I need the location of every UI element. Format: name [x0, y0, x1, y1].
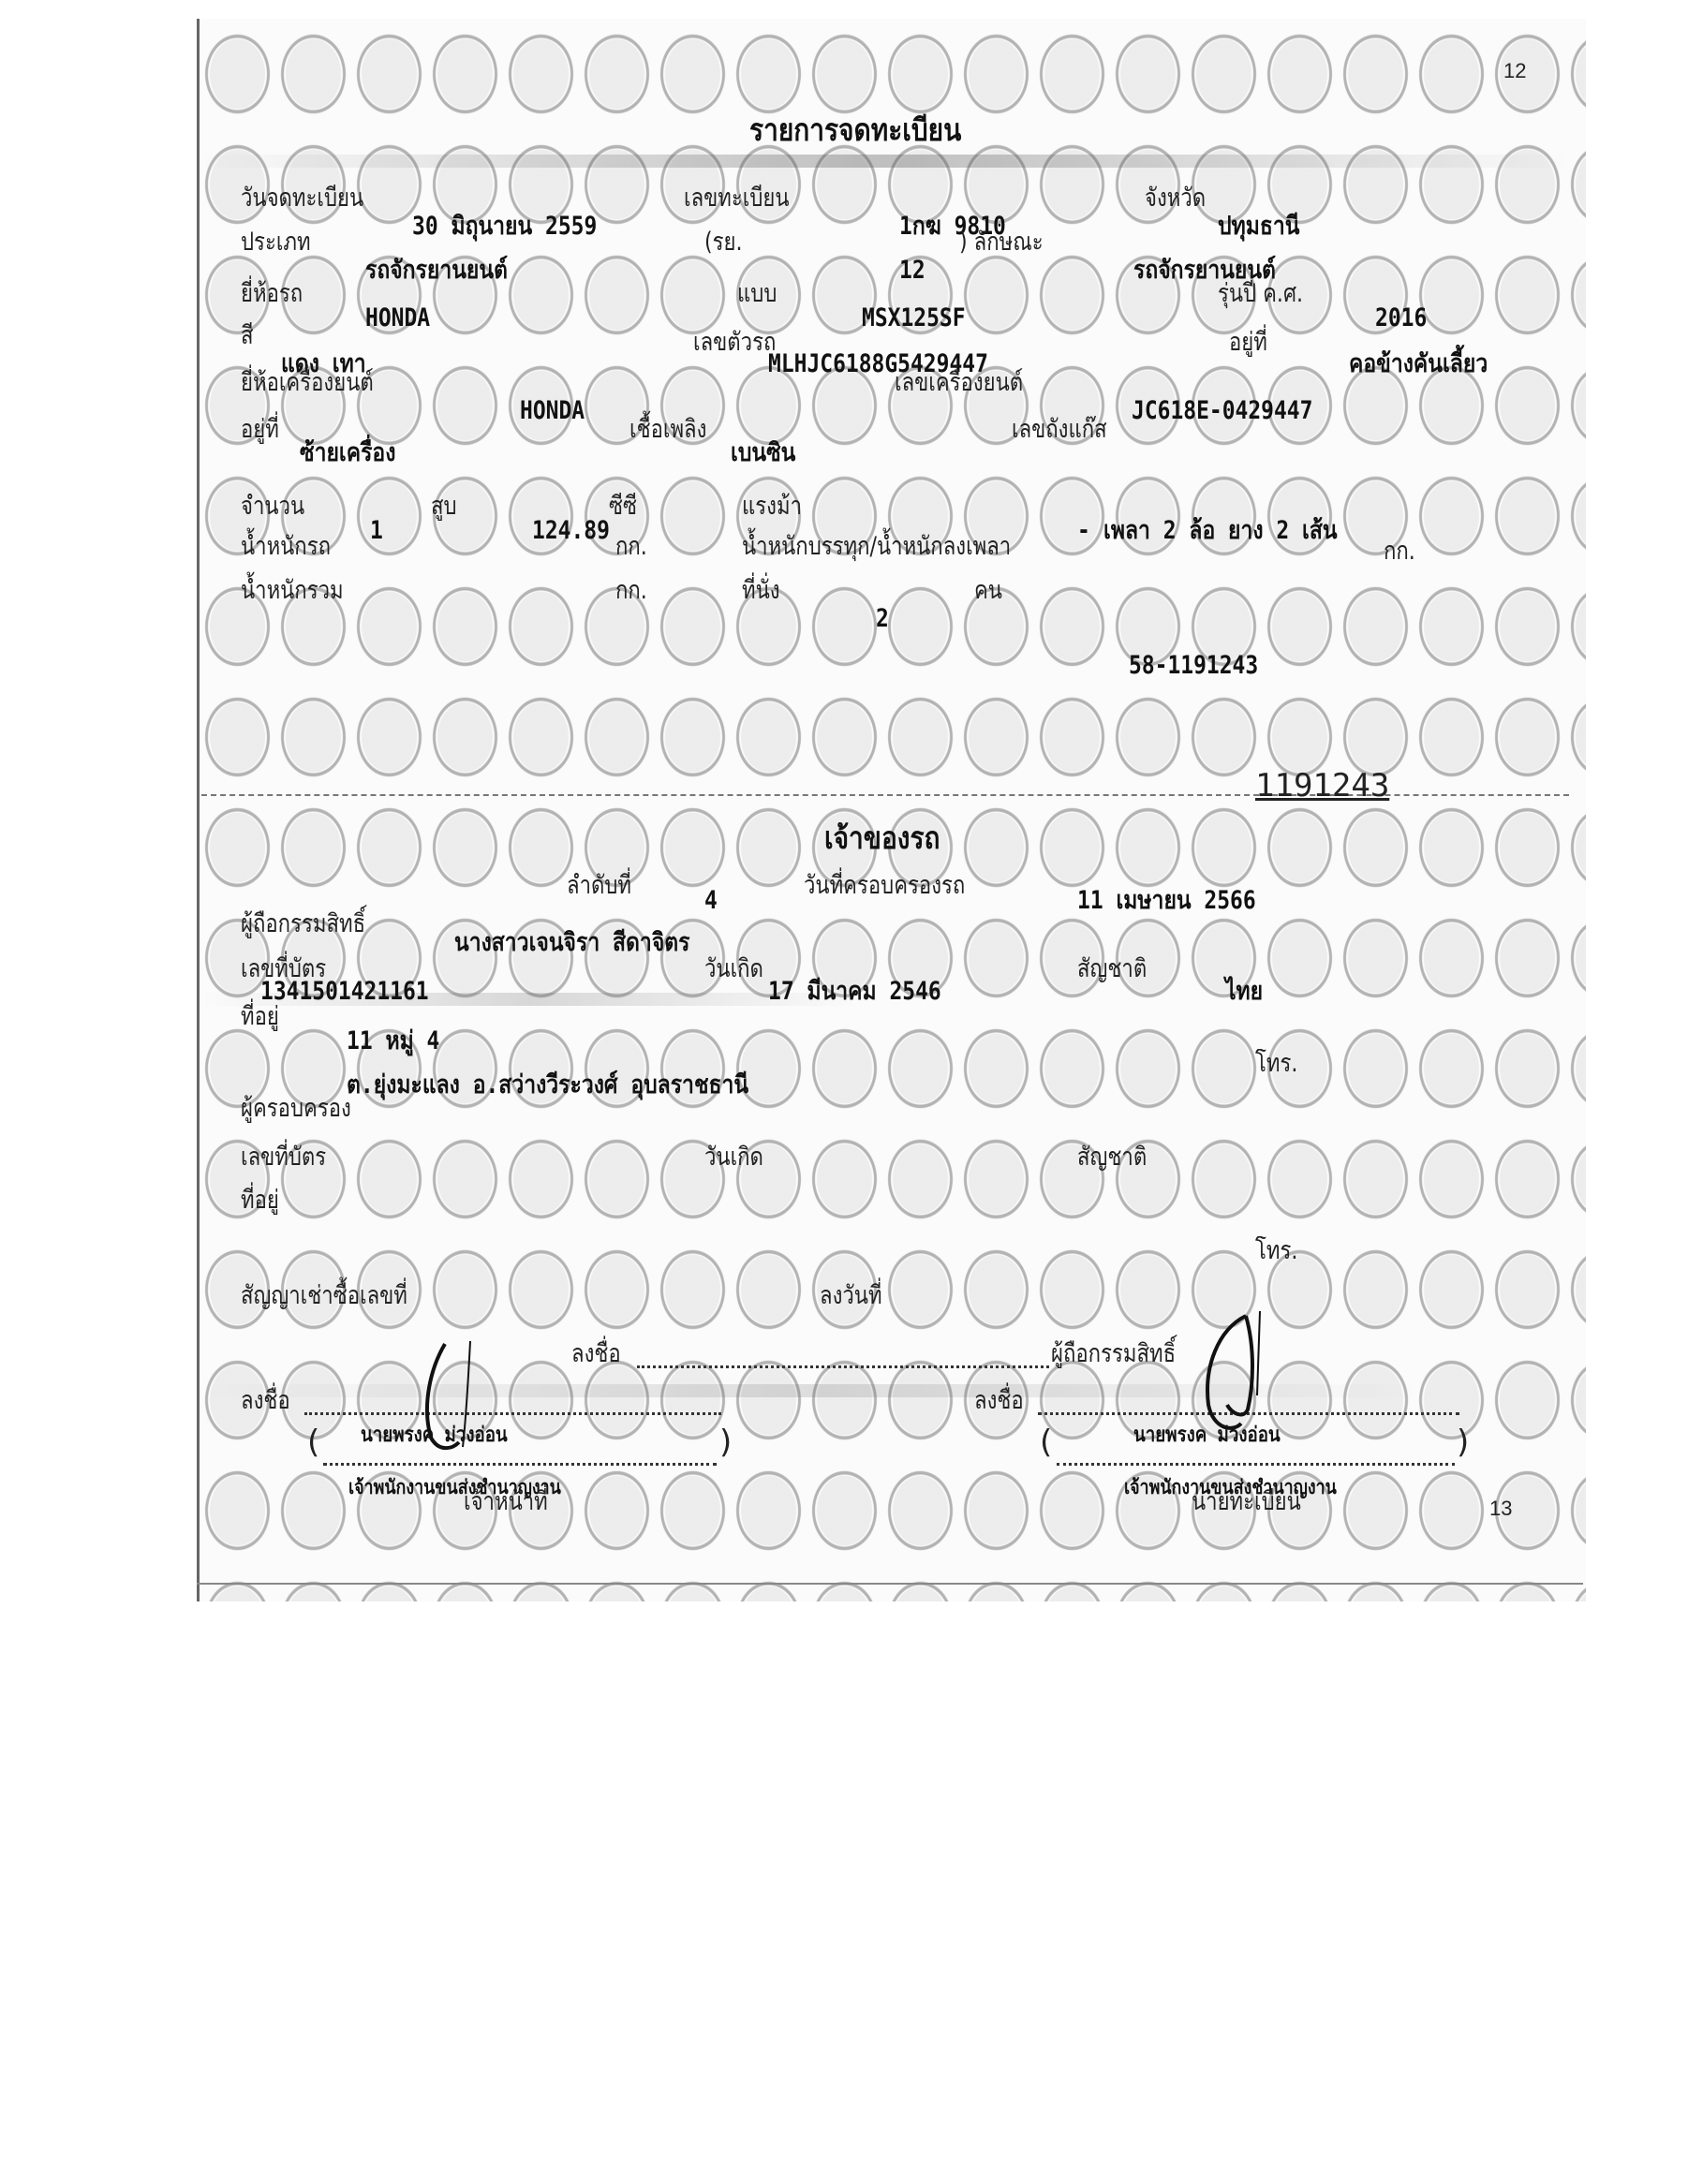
vehicle-weight-label: น้ำหนักรถ — [241, 534, 331, 559]
plate-number-label: เลขทะเบียน — [684, 185, 789, 211]
fuel-value: เบนซิน — [731, 440, 795, 465]
registrar-role: นายทะเบียน — [1192, 1489, 1301, 1514]
registrar-paren-open: ( — [1040, 1424, 1052, 1461]
officer-name-line — [323, 1463, 717, 1466]
brand-label: ยี่ห้อรถ — [241, 281, 303, 306]
total-weight-unit: กก. — [615, 578, 647, 603]
type-value: รถจักรยานยนต์ — [365, 258, 508, 283]
officer-signature — [393, 1339, 496, 1461]
cylinders-unit: สูบ — [431, 494, 457, 519]
cc-unit: ซีซี — [609, 494, 637, 519]
gas-tank-label: เลขถังแก๊ส — [1012, 417, 1107, 442]
engine-number-label: เลขเครื่องยนต์ — [895, 370, 1023, 395]
registrar-name-line — [1057, 1463, 1455, 1466]
engine-brand-label: ยี่ห้อเครื่องยนต์ — [241, 370, 374, 395]
load-weight-label: น้ำหนักบรรทุก/น้ำหนักลงเพลา — [742, 534, 1011, 559]
owner-label: ผู้ถือกรรมสิทธิ์ — [241, 911, 365, 937]
address-label: ที่อยู่ — [241, 1004, 279, 1029]
owner-sign-suffix: ผู้ถือกรรมสิทธิ์ — [1051, 1341, 1176, 1366]
possessor-phone-label: โทร. — [1255, 1238, 1297, 1263]
scan-artifact — [201, 155, 1569, 168]
engine-location-value: ซ้ายเครื่อง — [300, 440, 395, 465]
engine-location-label: อยู่ที่ — [241, 417, 279, 442]
possessor-birth-label: วันเกิด — [704, 1144, 763, 1170]
model-label: แบบ — [737, 281, 777, 306]
seats-value: 2 — [876, 606, 889, 631]
nationality-label: สัญชาติ — [1077, 956, 1147, 981]
page-number-bottom: 13 — [1489, 1498, 1512, 1519]
officer-sign-label: ลงชื่อ — [241, 1388, 290, 1413]
officer-role: เจ้าหน้าที่ — [464, 1489, 548, 1514]
horsepower-value: - — [1077, 518, 1090, 543]
owner-sign-line — [637, 1365, 1049, 1368]
fuel-label: เชื้อเพลิง — [629, 417, 706, 442]
officer-paren-open: ( — [307, 1424, 319, 1461]
characteristic-label: ) ลักษณะ — [959, 229, 1044, 255]
owner-name: นางสาวเจนจิรา สีดาจิตร — [454, 930, 690, 955]
seats-label: ที่นั่ง — [742, 578, 780, 603]
color-label: สี — [241, 323, 254, 348]
registrar-sign-label: ลงชื่อ — [974, 1388, 1024, 1413]
engine-number-value: JC618E-0429447 — [1132, 398, 1312, 423]
engine-brand-value: HONDA — [520, 398, 585, 423]
possessor-address-label: ที่อยู่ — [241, 1188, 279, 1213]
cc-value: 124.89 — [532, 518, 610, 543]
stamp-number: 1191243 — [1255, 770, 1389, 802]
phone-label: โทร. — [1255, 1051, 1297, 1076]
province-label: จังหวัด — [1145, 185, 1206, 211]
brand-value: HONDA — [365, 305, 430, 331]
axles-value: เพลา 2 ล้อ ยาง 2 เส้น — [1103, 518, 1338, 543]
officer-paren-close: ) — [719, 1424, 732, 1461]
load-weight-unit: กก. — [1384, 539, 1415, 564]
id-card-value: 1341501421161 — [260, 979, 429, 1004]
chassis-location-value: คอข้างคันเลี้ยว — [1349, 351, 1488, 376]
sequence-label: ลำดับที่ — [567, 873, 631, 898]
address-line2: ต.ยุ่งมะแลง อ.สว่างวีระวงศ์ อุบลราชธานี — [347, 1072, 748, 1098]
possession-date-label: วันที่ครอบครองรถ — [804, 873, 965, 898]
hire-purchase-date-label: ลงวันที่ — [820, 1283, 882, 1308]
possessor-label: ผู้ครอบครอง — [241, 1096, 351, 1121]
province-value: ปทุมธานี — [1218, 214, 1299, 239]
cylinders-value: 1 — [370, 518, 383, 543]
model-year-value: 2016 — [1375, 305, 1427, 331]
sequence-value: 4 — [704, 888, 718, 913]
possessor-id-label: เลขที่บัตร — [241, 1144, 326, 1170]
registrar-signature — [1190, 1311, 1283, 1442]
ry-value: 12 — [899, 258, 925, 283]
birth-date-label: วันเกิด — [704, 956, 763, 981]
vehicle-weight-unit: กก. — [615, 534, 647, 559]
ry-label-open: (รย. — [704, 229, 743, 255]
cylinders-label: จำนวน — [241, 494, 304, 519]
possessor-nationality-label: สัญชาติ — [1077, 1144, 1147, 1170]
possession-date-value: 11 เมษายน 2566 — [1077, 888, 1256, 913]
hire-purchase-label: สัญญาเช่าซื้อเลขที่ — [241, 1283, 407, 1308]
registration-date-label: วันจดทะเบียน — [241, 185, 363, 211]
chassis-location-label: อยู่ที่ — [1229, 330, 1267, 355]
owner-title: เจ้าของรถ — [824, 822, 940, 853]
type-label: ประเภท — [241, 229, 311, 255]
registration-date-value: 30 มิถุนายน 2559 — [412, 214, 597, 239]
reference-number: 58-1191243 — [1129, 653, 1258, 678]
page-edge — [197, 1583, 1583, 1585]
model-year-label: รุ่นปี ค.ศ. — [1218, 281, 1303, 306]
birth-date-value: 17 มีนาคม 2546 — [768, 979, 941, 1004]
horsepower-label: แรงม้า — [742, 494, 802, 519]
total-weight-label: น้ำหนักรวม — [241, 578, 344, 603]
registrar-paren-close: ) — [1457, 1424, 1469, 1461]
chassis-number-label: เลขตัวรถ — [693, 330, 776, 355]
nationality-value: ไทย — [1225, 979, 1263, 1004]
page-number-top: 12 — [1503, 61, 1526, 81]
seats-unit: คน — [974, 578, 1002, 603]
address-line1: 11 หมู่ 4 — [347, 1028, 439, 1054]
registration-title: รายการจดทะเบียน — [749, 114, 961, 145]
owner-sign-label: ลงชื่อ — [571, 1341, 621, 1366]
model-value: MSX125SF — [862, 305, 966, 331]
officer-sign-line — [304, 1412, 721, 1415]
